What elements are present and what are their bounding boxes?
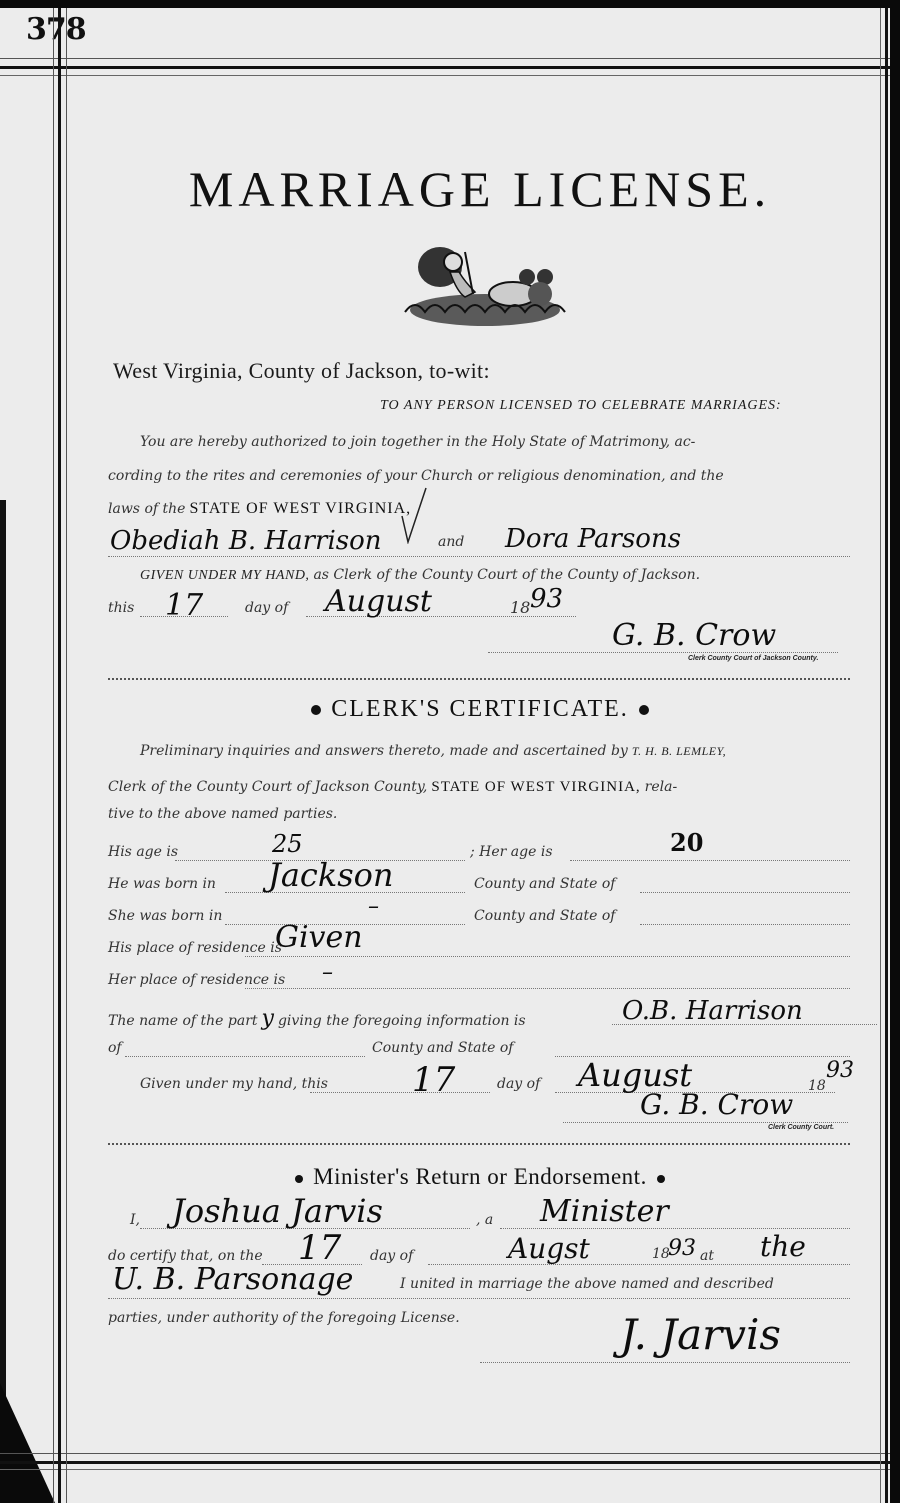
day-of-label: day of	[370, 1248, 413, 1264]
her-residence-label: Her place of residence is	[108, 972, 285, 988]
scan-edge-top	[0, 0, 900, 8]
she-born-label: She was born in	[108, 908, 222, 924]
of-label: of	[108, 1040, 122, 1056]
bullet-icon	[311, 705, 321, 715]
year-prefix: 18	[808, 1078, 826, 1094]
groom-name: Obediah B. Harrison	[110, 526, 382, 556]
given-under-text: as Clerk of the County Court of the Coun…	[313, 567, 700, 583]
at-label: at	[700, 1248, 714, 1264]
day-of-label: day of	[497, 1076, 540, 1092]
state-name: STATE OF WEST VIRGINIA,	[189, 500, 411, 517]
license-year: 93	[530, 584, 563, 614]
ceremony-place-a: the	[760, 1230, 806, 1263]
page-number: 378	[26, 12, 86, 47]
fill-line	[125, 1056, 365, 1057]
parties-text: parties, under authority of the foregoin…	[108, 1310, 460, 1326]
this-label: this	[108, 600, 134, 616]
ceremony-year: 93	[668, 1236, 696, 1261]
certificate-intro: Clerk of the County Court of Jackson Cou…	[108, 779, 427, 795]
bride-name: Dora Parsons	[505, 524, 681, 554]
fill-line	[245, 988, 850, 989]
clerk-caption: Clerk County Court of Jackson County.	[688, 655, 818, 662]
given-under-caps: GIVEN UNDER MY HAND,	[140, 568, 309, 583]
informant-label: giving the foregoing information is	[278, 1013, 526, 1029]
informant-party-letter: y	[262, 1006, 274, 1031]
her-age-value: 20	[670, 828, 703, 857]
fill-line	[310, 1092, 490, 1093]
scan-edge-right	[890, 0, 900, 1503]
certificate-intro: Preliminary inquiries and answers theret…	[140, 743, 628, 759]
her-age-label: ; Her age is	[470, 844, 553, 860]
border-rule	[0, 1461, 890, 1464]
certificate-year: 93	[826, 1058, 854, 1083]
clerks-certificate-heading: CLERK'S CERTIFICATE.	[105, 696, 855, 723]
clerk-signature: G. B. Crow	[640, 1088, 793, 1121]
she-born-value: –	[368, 894, 379, 919]
clerk-name: T. H. B. LEMLEY,	[632, 744, 726, 758]
scan-edge-left	[0, 500, 6, 1503]
border-rule	[0, 1469, 890, 1470]
license-month: August	[325, 584, 432, 619]
section-separator	[108, 678, 850, 680]
his-residence-label: His place of residence is	[108, 940, 282, 956]
ceremony-place-b: U. B. Parsonage	[112, 1262, 353, 1297]
license-body-line: laws of the	[108, 501, 185, 517]
county-state-label: County and State of	[474, 876, 615, 892]
bullet-icon	[639, 705, 649, 715]
license-body-line: You are hereby authorized to join togeth…	[140, 434, 695, 450]
fill-line	[640, 892, 850, 893]
state-name: STATE OF WEST VIRGINIA,	[431, 779, 640, 795]
united-text: I united in marriage the above named and…	[400, 1276, 774, 1292]
ministers-return-heading: Minister's Return or Endorsement.	[105, 1164, 855, 1190]
clerk-caption: Clerk County Court.	[768, 1124, 834, 1131]
signature-line	[563, 1122, 848, 1123]
border-rule	[0, 58, 890, 59]
border-rule	[66, 8, 67, 1503]
day-of-label: day of	[245, 600, 288, 616]
check-mark-icon	[398, 486, 428, 544]
he-born-value: Jackson	[268, 856, 394, 894]
signature-line	[488, 652, 838, 653]
ceremony-month: Augst	[508, 1232, 590, 1265]
section-separator	[108, 1143, 850, 1145]
fill-line	[570, 860, 850, 861]
year-prefix: 18	[510, 598, 530, 617]
minister-name: Joshua Jarvis	[172, 1192, 383, 1230]
minister-signature: J. Jarvis	[620, 1310, 781, 1359]
certificate-day: 17	[412, 1060, 455, 1100]
he-born-label: He was born in	[108, 876, 216, 892]
his-age-value: 25	[272, 830, 303, 858]
bullet-icon	[295, 1175, 303, 1183]
fill-line	[428, 1264, 850, 1265]
i-label: I,	[130, 1212, 140, 1228]
fill-line	[640, 924, 850, 925]
document-title: MARRIAGE LICENSE.	[120, 160, 840, 218]
his-age-label: His age is	[108, 844, 178, 860]
cherub-doves-ornament-icon	[395, 232, 575, 332]
bullet-icon	[657, 1175, 665, 1183]
border-rule	[0, 66, 890, 69]
minister-title: Minister	[540, 1194, 669, 1229]
addressee-line: TO ANY PERSON LICENSED TO CELEBRATE MARR…	[380, 398, 782, 414]
license-body-line: cording to the rites and ceremonies of y…	[108, 468, 724, 484]
fill-line	[108, 556, 850, 557]
her-residence-value: –	[322, 960, 333, 985]
given-under-label: Given under my hand, this	[140, 1076, 328, 1092]
border-rule	[0, 75, 890, 76]
certificate-intro: tive to the above named parties.	[108, 806, 337, 822]
a-label: , a	[476, 1212, 493, 1228]
signature-line	[480, 1362, 850, 1363]
informant-label: The name of the part	[108, 1013, 258, 1029]
border-rule	[53, 8, 54, 1503]
county-state-label: County and State of	[474, 908, 615, 924]
border-rule	[58, 8, 61, 1503]
fill-line	[245, 956, 850, 957]
scan-corner-shadow	[0, 1383, 55, 1503]
border-rule	[880, 8, 881, 1503]
fill-line	[108, 1298, 850, 1299]
jurisdiction-heading: West Virginia, County of Jackson, to-wit…	[113, 358, 490, 384]
clerk-signature: G. B. Crow	[612, 618, 776, 653]
border-rule	[0, 1453, 890, 1454]
license-day: 17	[165, 588, 203, 623]
border-rule	[885, 8, 888, 1503]
his-residence-value: Given	[275, 920, 363, 955]
certificate-intro: rela-	[645, 779, 678, 795]
conjunction: and	[438, 534, 464, 550]
county-state-label: County and State of	[372, 1040, 513, 1056]
informant-name: O.B. Harrison	[622, 996, 803, 1026]
